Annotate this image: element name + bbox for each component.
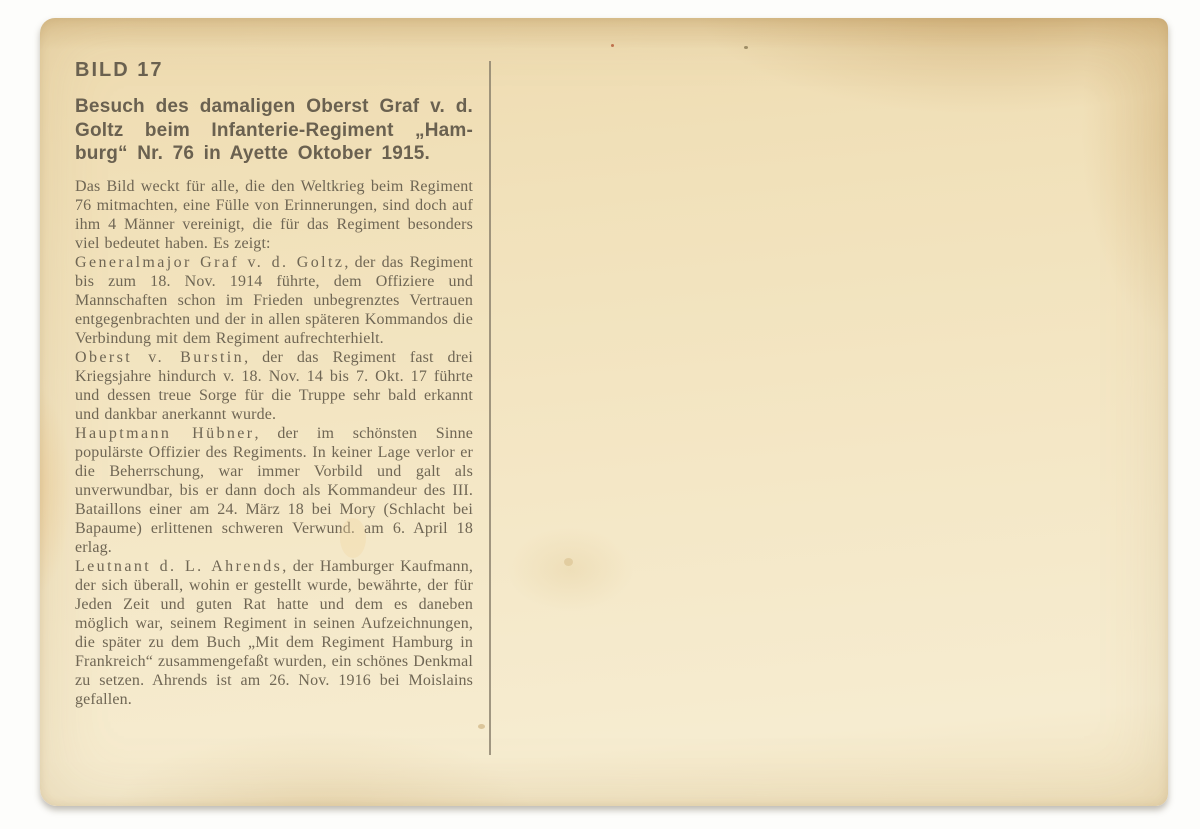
- body-paragraph: Hauptmann Hübner, der im schönsten Sinne…: [75, 424, 473, 557]
- caption-title-line: burg“ Nr. 76 in Ayette Oktober 1915.: [75, 142, 473, 166]
- body-paragraph: Generalmajor Graf v. d. Goltz, der das R…: [75, 253, 473, 348]
- body-paragraph: Oberst v. Burstin, der das Regiment fast…: [75, 348, 473, 424]
- paper-speck: [744, 46, 748, 49]
- postcard-back: BILD 17 Besuch des damaligen Oberst Graf…: [40, 18, 1168, 806]
- body-paragraph: Leutnant d. L. Ahrends, der Hamburger Ka…: [75, 557, 473, 709]
- person-name-spaced: Leutnant d. L. Ahrends: [75, 558, 282, 575]
- postcard-divider-line: [489, 61, 491, 755]
- caption-title: Besuch des damaligen Oberst Graf v. d.Go…: [75, 95, 473, 166]
- paper-speck: [478, 724, 485, 729]
- image-number-label: BILD 17: [75, 59, 473, 82]
- body-paragraph: Das Bild weckt für alle, die den Weltkri…: [75, 177, 473, 253]
- person-name-spaced: Generalmajor Graf v. d. Goltz: [75, 254, 344, 271]
- paper-speck: [611, 44, 614, 47]
- body-text: Das Bild weckt für alle, die den Weltkri…: [75, 177, 473, 709]
- scan-background: { "postcard": { "label": "BILD 17", "tit…: [0, 0, 1200, 829]
- caption-title-line: Besuch des damaligen Oberst Graf v. d.: [75, 95, 473, 119]
- text-column: BILD 17 Besuch des damaligen Oberst Graf…: [75, 59, 473, 709]
- paper-stain: [340, 518, 366, 558]
- caption-title-line: Goltz beim Infanterie-Regiment „Ham-: [75, 119, 473, 143]
- person-name-spaced: Oberst v. Burstin: [75, 349, 244, 366]
- person-name-spaced: Hauptmann Hübner: [75, 425, 255, 442]
- paper-stain: [564, 558, 573, 566]
